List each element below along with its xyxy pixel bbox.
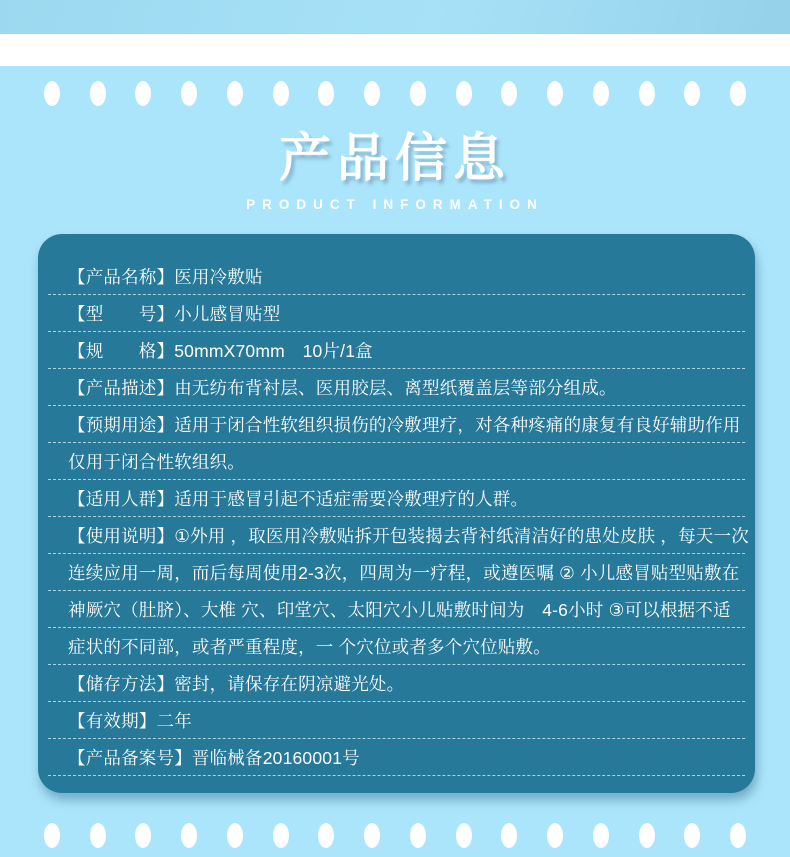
dot [410,823,426,848]
dot [456,823,472,848]
dot [730,81,746,106]
dot [639,81,655,106]
dot [90,823,106,848]
dot [90,81,106,106]
dot [318,823,334,848]
dot [410,81,426,106]
dot [364,81,380,106]
dot [181,81,197,106]
dot [593,823,609,848]
info-row-spec: 【规 格】50mmX70mm 10片/1盒 [48,332,745,369]
dot [730,823,746,848]
info-row-usage-1: 【使用说明】①外用 ，取医用冷敷贴拆开包装揭去背衬纸清洁好的患处皮肤 ，每天一次 [48,517,745,554]
dot [273,823,289,848]
dot [135,823,151,848]
dot [456,81,472,106]
page-title: 产品信息 [0,128,790,190]
dot [639,823,655,848]
white-strip [0,34,790,66]
info-row-validity: 【有效期】二年 [48,702,745,739]
dot [547,823,563,848]
info-row-description: 【产品描述】由无纺布背衬层、医用胶层、离型纸覆盖层等部分组成。 [48,369,745,406]
dot [364,823,380,848]
dot [273,81,289,106]
dot [44,81,60,106]
dot [227,823,243,848]
info-row-applicable-group: 【适用人群】适用于感冒引起不适症需要冷敷理疗的人群。 [48,480,745,517]
info-row-usage-3: 神厥穴（肚脐）、大椎 穴、印堂穴、太阳穴小儿贴敷时间为 4-6小时 ③可以根据不… [48,591,745,628]
product-info-card: 【产品名称】医用冷敷贴 【型 号】小儿感冒贴型 【规 格】50mmX70mm 1… [38,234,755,793]
dot [135,81,151,106]
info-row-registration: 【产品备案号】晋临械备20160001号 [48,739,745,776]
dot [44,823,60,848]
dot [501,823,517,848]
info-row-intended-use: 【预期用途】适用于闭合性软组织损伤的冷敷理疗，对各种疼痛的康复有良好辅助作用 [48,406,745,443]
info-row-storage: 【储存方法】密封，请保存在阴凉避光处。 [48,665,745,702]
info-row-usage-4: 症状的不同部，或者严重程度，一 个穴位或者多个穴位贴敷。 [48,628,745,665]
dot [684,81,700,106]
dot [547,81,563,106]
dot [227,81,243,106]
dot [318,81,334,106]
bottom-dots-row [0,822,790,848]
info-row-usage-2: 连续应用一周，而后每周使用2-3次，四周为一疗程，或遵医嘱 ② 小儿感冒贴型贴敷… [48,554,745,591]
dot [181,823,197,848]
dot [501,81,517,106]
page-subtitle: PRODUCT INFORMATION [0,197,790,212]
top-dots-row [0,80,790,106]
dot [593,81,609,106]
info-row-intended-use-2: 仅用于闭合性软组织。 [48,443,745,480]
info-row-product-name: 【产品名称】医用冷敷贴 [48,258,745,295]
dot [684,823,700,848]
info-row-model: 【型 号】小儿感冒贴型 [48,295,745,332]
top-strip [0,0,790,34]
